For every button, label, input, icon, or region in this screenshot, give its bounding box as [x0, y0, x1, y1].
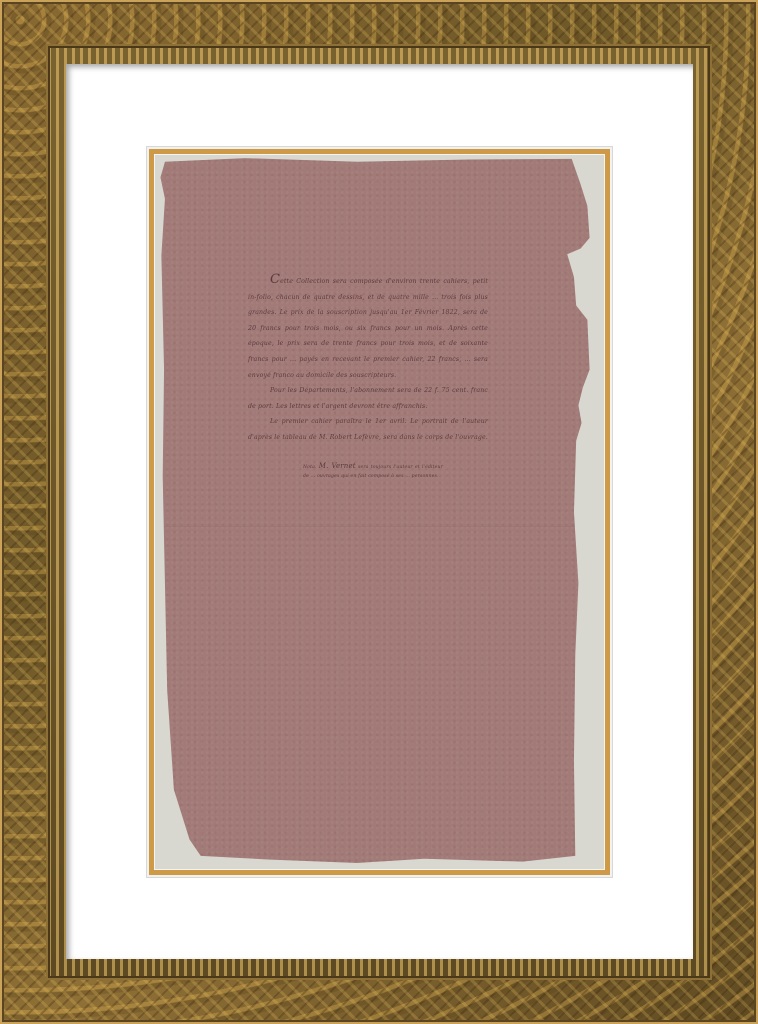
signature-name: M. Vernet: [319, 462, 356, 470]
paper-fold-line: [156, 526, 603, 527]
handwritten-text: Cette Collection sera composée d'environ…: [248, 272, 488, 482]
drop-initial: C: [270, 272, 280, 287]
manuscript-paper: Cette Collection sera composée d'environ…: [156, 156, 603, 868]
paragraph-2: Pour les Départements, l'abonnement sera…: [248, 383, 488, 414]
paragraph-1: Cette Collection sera composée d'environ…: [248, 272, 488, 383]
paragraph-3: Le premier cahier paraîtra le 1er avril.…: [248, 414, 488, 445]
nota-bene: Nota. M. Vernet sera toujours l'auteur e…: [303, 462, 443, 482]
